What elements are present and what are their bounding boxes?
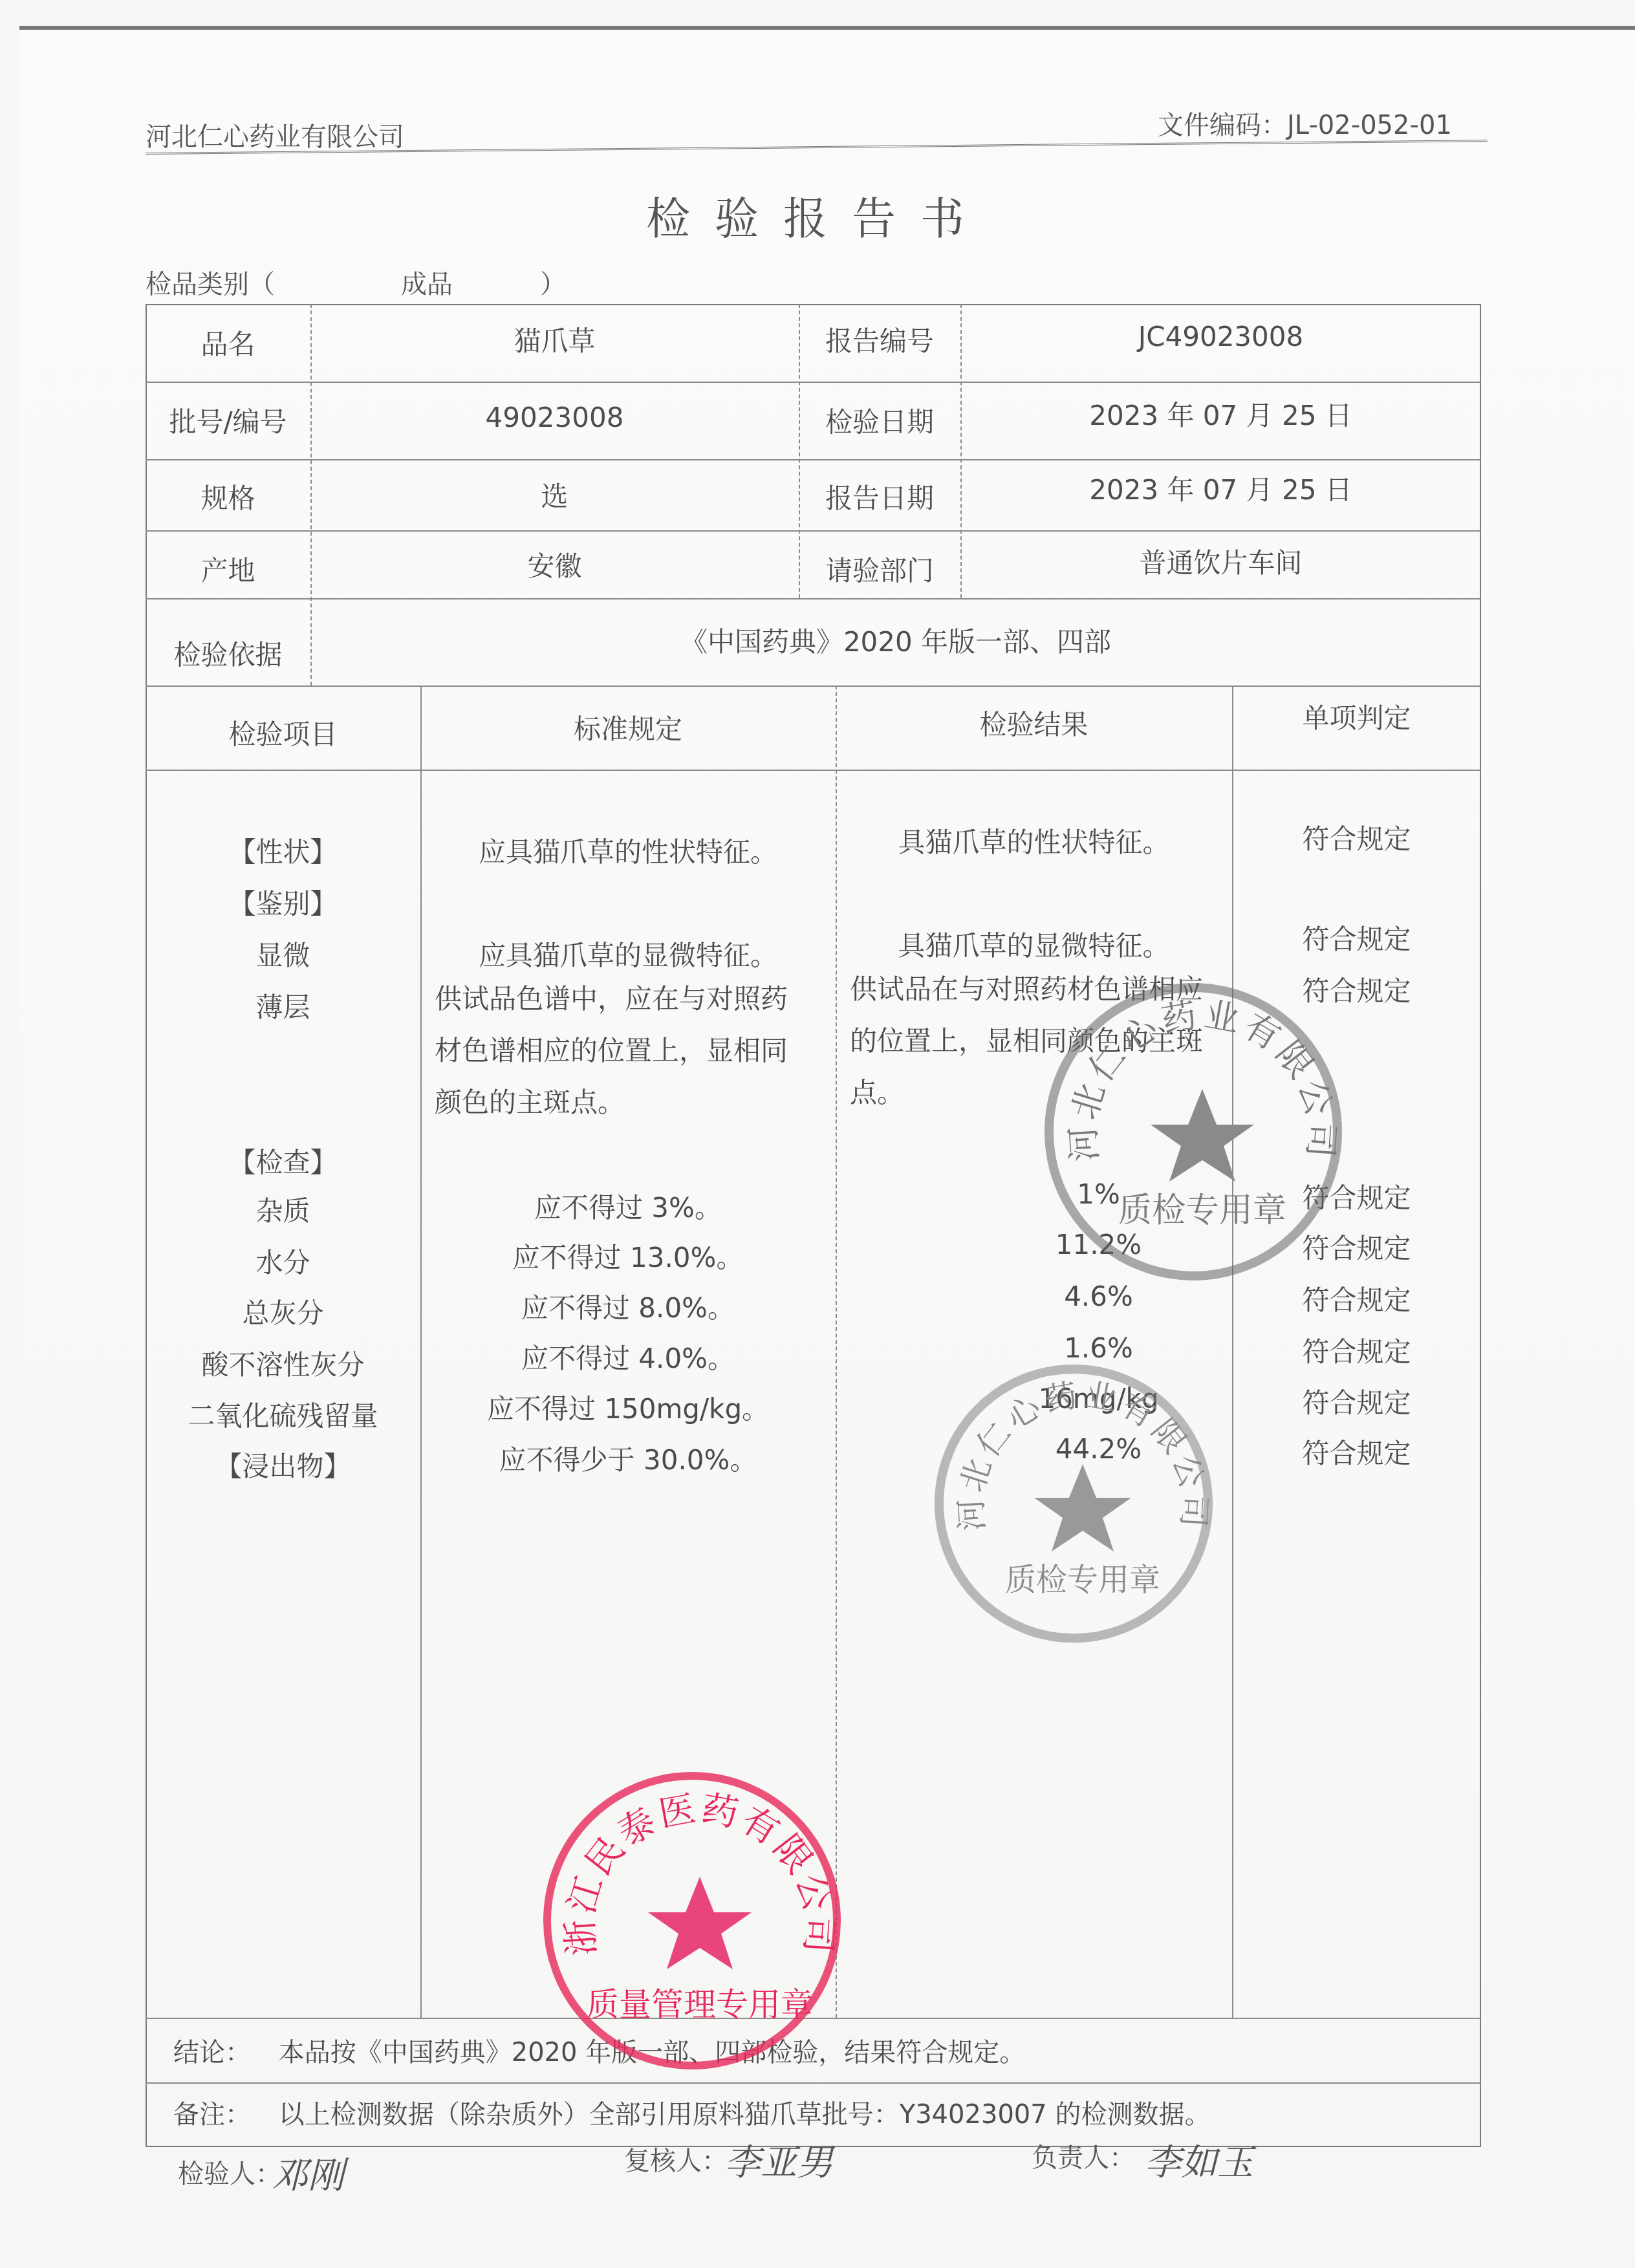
test-item: 二氧化硫残留量 <box>146 1395 420 1434</box>
reviewer-signature: 李亚男 <box>724 2134 833 2186</box>
label-report-date: 报告日期 <box>799 459 960 534</box>
row-divider <box>146 2082 1481 2084</box>
value-test-date: 2023 年 07 月 25 日 <box>960 382 1481 446</box>
standard-text: 应不得过 3%。 <box>420 1187 836 1226</box>
star-icon <box>648 1877 752 1969</box>
standard-text-tlc: 供试品色谱中，应在与对照药 材色谱相应的位置上，显相同 颜色的主斑点。 <box>435 973 788 1129</box>
standard-text: 应不得过 13.0%。 <box>420 1237 836 1275</box>
test-item: 薄层 <box>146 986 420 1025</box>
value-spec: 选 <box>310 459 799 530</box>
remarks-text: 以上检测数据（除杂质外）全部引用原料猫爪草批号：Y34023007 的检测数据。 <box>279 2100 1211 2130</box>
page-title: 检验报告书 <box>0 184 1635 247</box>
inspector-label: 检验人： <box>178 2154 281 2190</box>
remarks-label: 备注： <box>173 2100 251 2130</box>
header-verdict: 单项判定 <box>1232 676 1481 757</box>
document-code-value: JL-02-052-01 <box>1287 111 1452 140</box>
qm-stamp-graphic: 浙江民泰医药有限公司 质量管理专用章 <box>551 1780 849 2077</box>
document-code-label: 文件编码： <box>1158 111 1287 140</box>
verdict-text: 符合规定 <box>1232 1432 1481 1471</box>
label-spec: 规格 <box>146 459 310 534</box>
company-name: 河北仁心药业有限公司 <box>146 116 404 153</box>
value-report-no: JC49023008 <box>960 304 1481 369</box>
test-item: 【性状】 <box>146 831 420 870</box>
standard-text: 应不得过 4.0%。 <box>420 1337 836 1376</box>
star-icon <box>1151 1089 1254 1182</box>
verdict-text: 符合规定 <box>1232 1331 1481 1370</box>
value-requesting-dept: 普通饮片车间 <box>960 527 1481 595</box>
remarks: 备注： 以上检测数据（除杂质外）全部引用原料猫爪草批号：Y34023007 的检… <box>173 2094 1210 2131</box>
label-test-basis: 检验依据 <box>146 611 310 695</box>
sample-category-label: 检品类别（ <box>146 270 275 299</box>
qc-stamp: 河北仁心药业有限公司 质检专用章 <box>1045 983 1342 1280</box>
star-icon <box>1034 1464 1131 1551</box>
sample-category: 检品类别（ 成品 ） <box>146 264 275 301</box>
header-standard: 标准规定 <box>420 686 836 770</box>
test-item: 【鉴别】 <box>146 883 420 922</box>
result-text: 1.6% <box>965 1332 1232 1364</box>
label-report-no: 报告编号 <box>799 304 960 375</box>
test-item: 总灰分 <box>146 1292 420 1331</box>
verdict-text: 符合规定 <box>1232 1382 1481 1421</box>
qc-stamp: 河北仁心药业有限公司 质检专用章 <box>935 1365 1213 1643</box>
test-item: 【检查】 <box>146 1141 420 1180</box>
sample-category-close: ） <box>540 264 566 301</box>
inspector-signature: 邓刚 <box>272 2147 344 2199</box>
value-origin: 安徽 <box>310 530 799 598</box>
reviewer-label: 复核人： <box>624 2141 728 2177</box>
verdict-text: 符合规定 <box>1232 818 1481 857</box>
standard-text: 应不得过 150mg/kg。 <box>420 1388 836 1427</box>
label-origin: 产地 <box>146 534 310 605</box>
document-code: 文件编码：JL-02-052-01 <box>1158 105 1452 142</box>
result-text: 具猫爪草的显微特征。 <box>836 925 1232 964</box>
value-product-name: 猫爪草 <box>310 304 799 375</box>
standard-text: 应不得过 8.0%。 <box>420 1287 836 1326</box>
standard-text: 应不得少于 30.0%。 <box>420 1439 836 1478</box>
qc-stamp-graphic: 河北仁心药业有限公司 质检专用章 <box>944 1374 1222 1652</box>
svg-text:质检专用章: 质检专用章 <box>1118 1191 1286 1230</box>
value-test-basis: 《中国药典》2020 年版一部、四部 <box>310 601 1481 679</box>
standard-text: 应具猫爪草的性状特征。 <box>420 831 836 870</box>
qc-stamp-graphic: 河北仁心药业有限公司 质检专用章 <box>1054 992 1351 1290</box>
label-requesting-dept: 请验部门 <box>799 534 960 605</box>
svg-text:质量管理专用章: 质量管理专用章 <box>587 1986 813 2024</box>
test-item: 杂质 <box>146 1190 420 1229</box>
svg-text:质检专用章: 质检专用章 <box>1005 1562 1160 1598</box>
test-item: 水分 <box>146 1242 420 1280</box>
label-batch-no: 批号/编号 <box>146 382 310 459</box>
value-batch-no: 49023008 <box>310 382 799 453</box>
sample-category-value: 成品 <box>401 264 453 301</box>
verdict-text: 符合规定 <box>1232 918 1481 957</box>
label-product-name: 品名 <box>146 304 310 382</box>
test-item: 酸不溶性灰分 <box>146 1344 420 1383</box>
header-result: 检验结果 <box>836 682 1232 763</box>
conclusion-label: 结论： <box>173 2038 251 2068</box>
test-item: 【浸出物】 <box>146 1445 420 1484</box>
responsible-signature: 李如玉 <box>1145 2134 1253 2186</box>
standard-text: 应具猫爪草的显微特征。 <box>420 934 836 973</box>
test-item: 显微 <box>146 934 420 973</box>
value-report-date: 2023 年 07 月 25 日 <box>960 453 1481 524</box>
qm-stamp: 浙江民泰医药有限公司 质量管理专用章 <box>543 1772 841 2069</box>
header-test-item: 检验项目 <box>146 689 420 776</box>
result-text: 具猫爪草的性状特征。 <box>836 821 1232 860</box>
responsible-label: 负责人： <box>1032 2137 1135 2174</box>
label-test-date: 检验日期 <box>799 382 960 459</box>
